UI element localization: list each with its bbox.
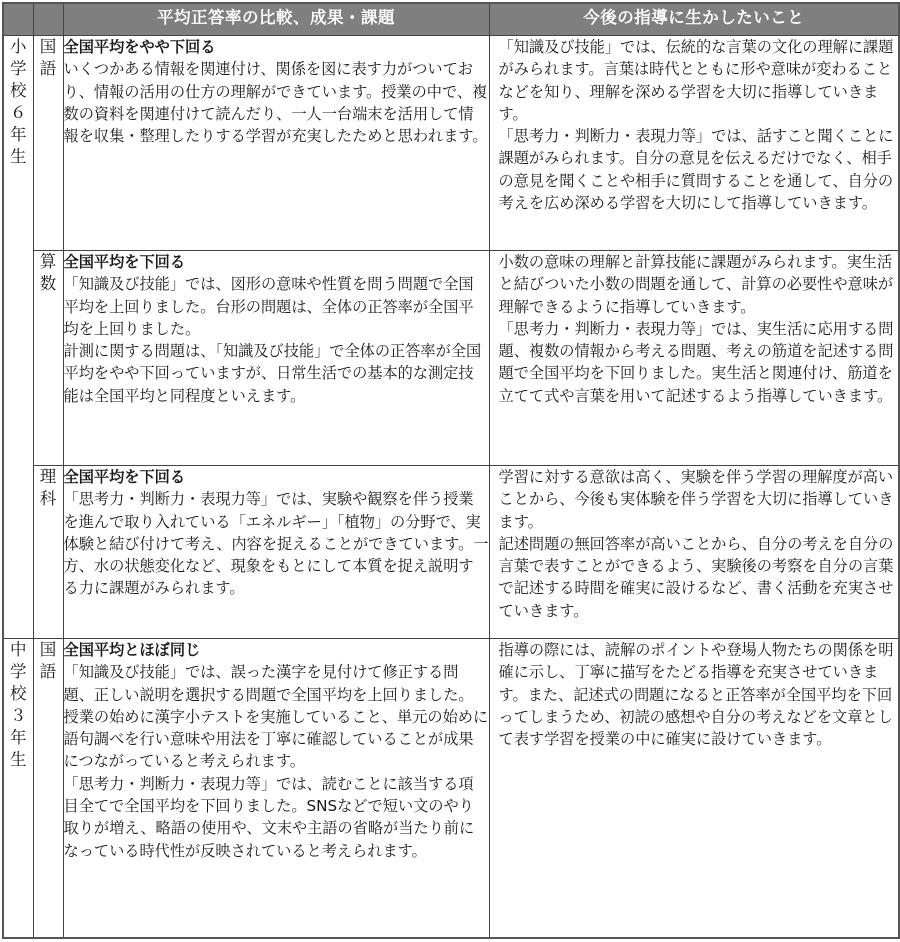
table-row-juniorhigh-japanese: 中学校３年生 国語 全国平均とほぼ同じ 「知識及び技能」では、誤った漢字を見付け… (3, 639, 899, 938)
subject-label: 算数 (33, 251, 63, 466)
subject-text: 国語 (39, 36, 57, 80)
result-paragraph: 「知識及び技能」では、図形の意味や性質を問う問題で全国平均を上回りました。台形の… (64, 273, 489, 340)
grade-label-elementary: 小学校６年生 (3, 36, 33, 639)
result-paragraph: 「知識及び技能」では、誤った漢字を見付けて修正する問題、正しい説明を選択する問題… (64, 661, 489, 772)
header-grade (3, 3, 33, 36)
subject-text: 算数 (39, 251, 57, 295)
results-cell: 全国平均をやや下回る いくつかある情報を関連付け、関係を図に表す力がついており、… (63, 36, 489, 251)
table-row-elementary-japanese: 小学校６年生 国語 全国平均をやや下回る いくつかある情報を関連付け、関係を図に… (3, 36, 899, 251)
guidance-cell: 「知識及び技能」では、伝統的な言葉の文化の理解に課題がみられます。言葉は時代とと… (489, 36, 899, 251)
subject-text: 国語 (39, 639, 57, 683)
table-row-elementary-math: 算数 全国平均を下回る 「知識及び技能」では、図形の意味や性質を問う問題で全国平… (3, 251, 899, 466)
guidance-paragraph: 「思考力・判断力・表現力等」では、実生活に応用する問題、複数の情報から考える問題… (499, 318, 899, 407)
subject-label: 理科 (33, 466, 63, 639)
grade-label-juniorhigh: 中学校３年生 (3, 639, 33, 938)
result-paragraph: 「思考力・判断力・表現力等」では、読むことに該当する項目全てで全国平均を下回りま… (64, 773, 489, 862)
header-row: 平均正答率の比較、成果・課題 今後の指導に生かしたいこと (3, 3, 899, 36)
header-results: 平均正答率の比較、成果・課題 (63, 3, 489, 36)
result-headline: 全国平均とほぼ同じ (64, 639, 489, 661)
guidance-paragraph: 「思考力・判断力・表現力等」では、話すこと聞くことに課題がみられます。自分の意見… (499, 125, 899, 214)
guidance-paragraph: 「知識及び技能」では、伝統的な言葉の文化の理解に課題がみられます。言葉は時代とと… (499, 36, 899, 125)
guidance-paragraph: 記述問題の無回答率が高いことから、自分の考えを自分の言葉で表すことができるよう、… (499, 533, 899, 622)
result-headline: 全国平均をやや下回る (64, 36, 489, 58)
grade-text: 小学校６年生 (9, 36, 27, 168)
header-subject (33, 3, 63, 36)
subject-text: 理科 (39, 466, 57, 510)
guidance-cell: 学習に対する意欲は高く、実験を伴う学習の理解度が高いことから、今後も実体験を伴う… (489, 466, 899, 639)
results-cell: 全国平均とほぼ同じ 「知識及び技能」では、誤った漢字を見付けて修正する問題、正し… (63, 639, 489, 938)
result-paragraph: いくつかある情報を関連付け、関係を図に表す力がついており、情報の活用の仕方の理解… (64, 58, 489, 147)
results-cell: 全国平均を下回る 「知識及び技能」では、図形の意味や性質を問う問題で全国平均を上… (63, 251, 489, 466)
guidance-cell: 小数の意味の理解と計算技能に課題がみられます。実生活と結びついた小数の問題を通し… (489, 251, 899, 466)
result-headline: 全国平均を下回る (64, 251, 489, 273)
result-headline: 全国平均を下回る (64, 466, 489, 488)
results-table: 平均正答率の比較、成果・課題 今後の指導に生かしたいこと 小学校６年生 国語 全… (2, 2, 900, 939)
guidance-cell: 指導の際には、読解のポイントや登場人物たちの関係を明確に示し、丁寧に描写をたどる… (489, 639, 899, 938)
table-row-elementary-science: 理科 全国平均を下回る 「思考力・判断力・表現力等」では、実験や観察を伴う授業を… (3, 466, 899, 639)
header-guidance: 今後の指導に生かしたいこと (489, 3, 899, 36)
grade-text: 中学校３年生 (9, 639, 27, 771)
guidance-paragraph: 小数の意味の理解と計算技能に課題がみられます。実生活と結びついた小数の問題を通し… (499, 251, 899, 318)
results-cell: 全国平均を下回る 「思考力・判断力・表現力等」では、実験や観察を伴う授業を進んで… (63, 466, 489, 639)
result-paragraph: 「思考力・判断力・表現力等」では、実験や観察を伴う授業を進んで取り入れている「エ… (64, 488, 489, 599)
subject-label: 国語 (33, 36, 63, 251)
guidance-paragraph: 指導の際には、読解のポイントや登場人物たちの関係を明確に示し、丁寧に描写をたどる… (499, 639, 899, 750)
subject-label: 国語 (33, 639, 63, 938)
result-paragraph: 計測に関する問題は、「知識及び技能」で全体の正答率が全国平均をやや下回っています… (64, 340, 489, 407)
guidance-paragraph: 学習に対する意欲は高く、実験を伴う学習の理解度が高いことから、今後も実体験を伴う… (499, 466, 899, 533)
